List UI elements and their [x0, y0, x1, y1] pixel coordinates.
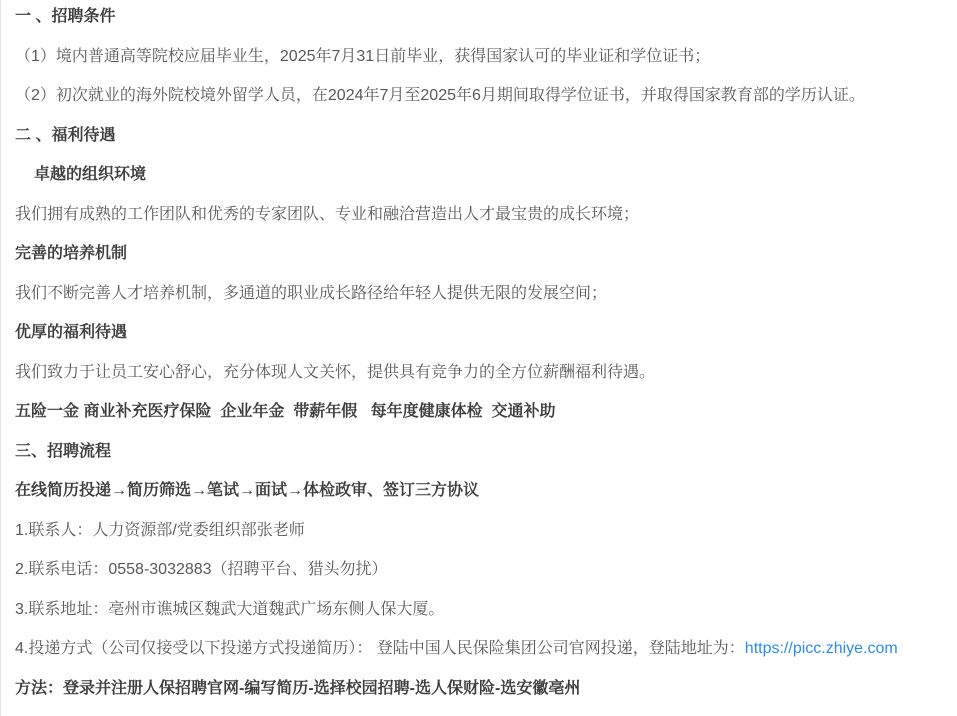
- benefits-list: 五险一金 商业补充医疗保险 企业年金 带薪年假 每年度健康体检 交通补助: [15, 400, 937, 424]
- contact-phone: 2.联系电话：0558-3032883（招聘平台、猎头勿扰）: [15, 558, 937, 582]
- recruitment-notice-document: 一 、招聘条件 （1）境内普通高等院校应届毕业生，2025年7月31日前毕业，获…: [0, 0, 957, 716]
- picc-website-link[interactable]: https://picc.zhiye.com: [745, 640, 898, 657]
- application-steps: 方法：登录并注册人保招聘官网-编写简历-选择校园招聘-选人保财险-选安徽亳州: [15, 677, 937, 701]
- process-flow: 在线简历投递→简历筛选→笔试→面试→体检政审、签订三方协议: [15, 479, 937, 503]
- subheading-training-mechanism: 完善的培养机制: [15, 242, 937, 266]
- application-method-text: 4.投递方式（公司仅接受以下投递方式投递简历）： 登陆中国人民保险集团公司官网投…: [15, 640, 745, 657]
- training-mechanism-description: 我们不断完善人才培养机制，多通道的职业成长路径给年轻人提供无限的发展空间；: [15, 282, 937, 306]
- section-heading-recruitment-process: 三、招聘流程: [15, 440, 937, 464]
- application-method: 4.投递方式（公司仅接受以下投递方式投递简历）： 登陆中国人民保险集团公司官网投…: [15, 637, 937, 661]
- organization-environment-description: 我们拥有成熟的工作团队和优秀的专家团队、专业和融洽营造出人才最宝贵的成长环境；: [15, 203, 937, 227]
- section-heading-recruitment-conditions: 一 、招聘条件: [15, 5, 937, 29]
- contact-person: 1.联系人：人力资源部/党委组织部张老师: [15, 519, 937, 543]
- condition-item-1: （1）境内普通高等院校应届毕业生，2025年7月31日前毕业，获得国家认可的毕业…: [15, 45, 937, 69]
- subheading-welfare-benefits: 优厚的福利待遇: [15, 321, 937, 345]
- condition-item-2: （2）初次就业的海外院校境外留学人员，在2024年7月至2025年6月期间取得学…: [15, 84, 937, 108]
- contact-address: 3.联系地址：亳州市谯城区魏武大道魏武广场东侧人保大厦。: [15, 598, 937, 622]
- welfare-benefits-description: 我们致力于让员工安心舒心，充分体现人文关怀，提供具有竞争力的全方位薪酬福利待遇。: [15, 361, 937, 385]
- subheading-organization-environment: 卓越的组织环境: [15, 163, 937, 187]
- section-heading-benefits: 二 、福利待遇: [15, 124, 937, 148]
